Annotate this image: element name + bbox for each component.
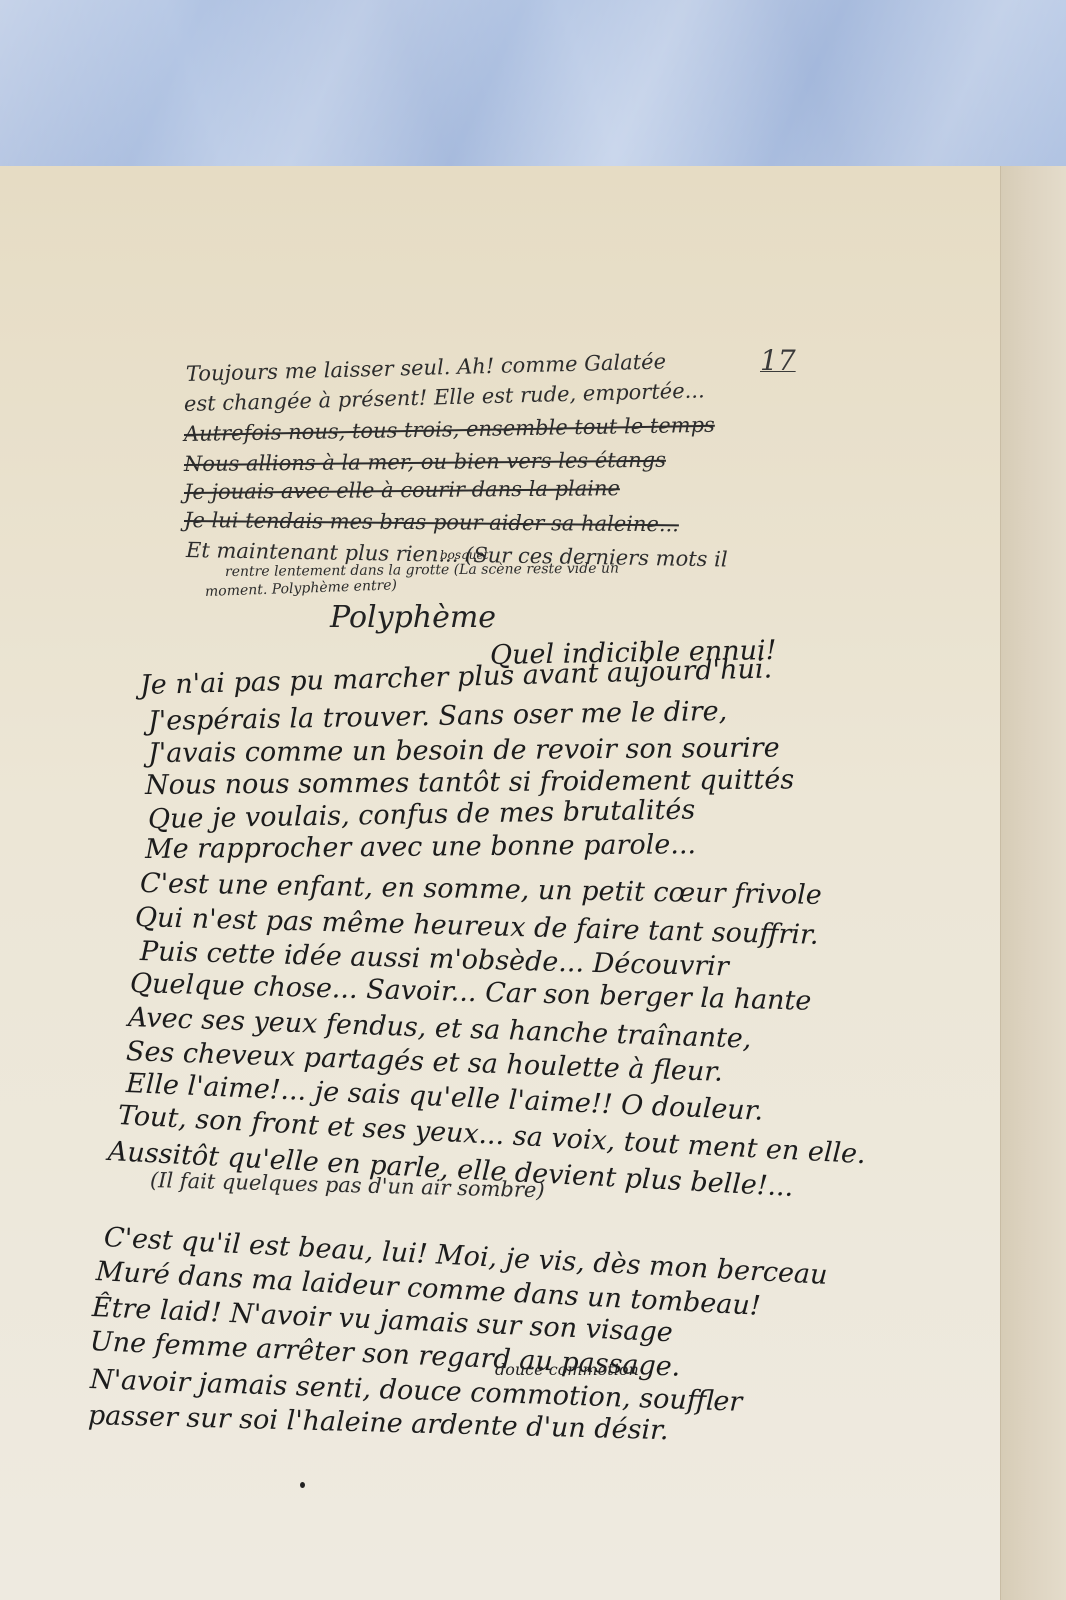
closing-insertion: douce commotion [495, 1360, 639, 1379]
page-number: 17 [760, 344, 796, 377]
speaker-heading: Polyphème [330, 600, 496, 635]
speech-line: Me rapprocher avec une bonne parole... [145, 829, 696, 865]
speech-line: Nous nous sommes tantôt si froidement qu… [145, 764, 794, 801]
stage-direction-insertion: bosquet [440, 548, 488, 562]
page-edge-strip [1000, 166, 1066, 1600]
speech-line: J'avais comme un besoin de revoir son so… [148, 732, 780, 769]
draft-line-struck: Je jouais avec elle à courir dans la pla… [184, 476, 620, 504]
blue-tissue-paper-background [0, 0, 1066, 170]
ink-blot [300, 1482, 305, 1488]
draft-line-struck: Nous allions à la mer, ou bien vers les … [184, 448, 666, 476]
draft-line-struck: Je lui tendais mes bras pour aider sa ha… [184, 508, 679, 536]
